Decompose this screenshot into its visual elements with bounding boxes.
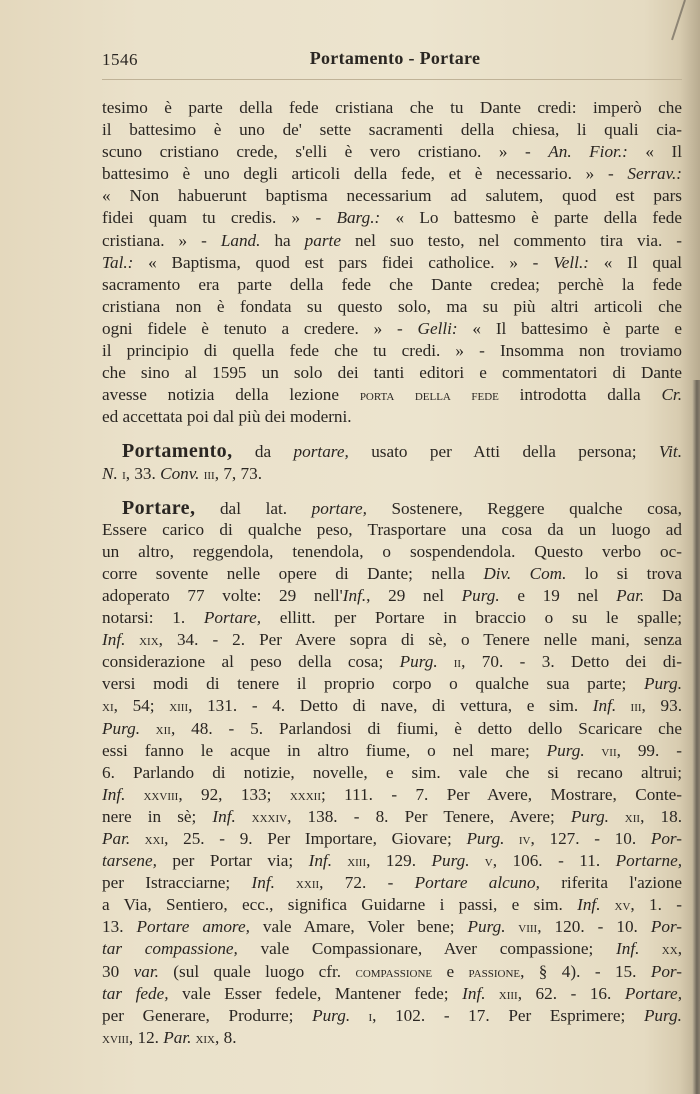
text-line: avesse notizia della lezione Porta della… [102,384,682,406]
text-line: xi, 54; xiii, 131. - 4. Detto di nave, d… [102,695,682,717]
text-line: ed accettata poi dal più dei moderni. [102,406,682,428]
text-line: xviii, 12. Par. xix, 8. [102,1027,682,1049]
text-line: fidei quam tu credis. » - Barg.: « Lo ba… [102,207,682,229]
text-line: Portare, dal lat. portare, Sostenere, Re… [102,497,682,519]
text-line: nere in sè; Inf. xxxiv, 138. - 8. Per Te… [102,806,682,828]
text-line: il battesimo è uno de' sette sacramenti … [102,119,682,141]
text-line: per Generare, Produrre; Purg. i, 102. - … [102,1005,682,1027]
text-line: sacramento era parte della fede che Dant… [102,274,682,296]
text-line: adoperato 77 volte: 29 nell'Inf., 29 nel… [102,585,682,607]
text-line: N. i, 33. Conv. iii, 7, 73. [102,463,682,485]
text-line: notarsi: 1. Portare, ellitt. per Portare… [102,607,682,629]
text-line: cristiana. » - Land. ha parte nel suo te… [102,230,682,252]
running-title: Portamento - Portare [102,48,688,69]
source-abbrev: An. Fior.: [548,142,628,161]
continuation-paragraph: tesimo è parte della fede cristiana che … [102,97,682,428]
text-line: tesimo è parte della fede cristiana che … [102,97,682,119]
page-body: tesimo è parte della fede cristiana che … [102,97,682,1049]
text-line: tar fede, vale Esser fedele, Mantener fe… [102,983,682,1005]
text-line: un altro, reggendola, tenendola, o sospe… [102,541,682,563]
text-line: « Non habuerunt baptisma necessarium ad … [102,185,682,207]
text-line: Essere carico di qualche peso, Trasporta… [102,519,682,541]
book-page: 1546 Portamento - Portare tesimo è parte… [0,0,700,1094]
text-line: che sino al 1595 un solo dei tanti edito… [102,362,682,384]
page-header: 1546 Portamento - Portare [102,48,688,78]
source-abbrev: Land. [221,231,261,250]
text-line: 6. Parlando di notizie, novelle, e sim. … [102,762,682,784]
text-line: a Via, Sentiero, ecc., significa Guidarn… [102,894,682,916]
text-line: Portamento, da portare, usato per Atti d… [102,440,682,462]
text-line: tar compassione, vale Compassionare, Ave… [102,938,682,960]
text-line: Tal.: « Baptisma, quod est pars fidei ca… [102,252,682,274]
text-line: Inf. xxviii, 92, 133; xxxii; 111. - 7. P… [102,784,682,806]
text-line: 13. Portare amore, vale Amare, Voler ben… [102,916,682,938]
text-line: 30 var. (sul quale luogo cfr. Compassion… [102,961,682,983]
text-line: ogni fidele è tenuto a credere. » - Gell… [102,318,682,340]
source-abbrev: Gelli: [418,319,458,338]
text-line: per Istracciarne; Inf. xxii, 72. - Porta… [102,872,682,894]
text-line: battesimo è uno degli articoli della fed… [102,163,682,185]
page-right-edge [692,380,700,1094]
text-line: essi fanno le acque in altro fiume, o ne… [102,740,682,762]
text-line: tarsene, per Portar via; Inf. xiii, 129.… [102,850,682,872]
headword: Portamento, [122,440,232,462]
text-line: considerazione al peso della cosa; Purg.… [102,651,682,673]
text-line: Inf. xix, 34. - 2. Per Avere sopra di sè… [102,629,682,651]
entry-portamento: Portamento, da portare, usato per Atti d… [102,440,682,484]
headword: Portare, [122,497,195,519]
source-abbrev: Serrav.: [627,164,682,183]
text-line: Purg. xii, 48. - 5. Parlandosi di fiumi,… [102,718,682,740]
text-line: Par. xxi, 25. - 9. Per Importare, Giovar… [102,828,682,850]
entry-portare: Portare, dal lat. portare, Sostenere, Re… [102,497,682,1049]
text-line: corre sovente nelle opere di Dante; nell… [102,563,682,585]
text-line: scuno cristiano crede, s'elli è vero cri… [102,141,682,163]
header-rule [102,79,682,80]
text-line: cristiana non è fondata su questo solo, … [102,296,682,318]
text-line: il principio di quella fede che tu credi… [102,340,682,362]
source-abbrev: Vell.: [553,253,589,272]
text-line: versi modi di tenere il proprio corpo o … [102,673,682,695]
page-corner-crease [671,0,686,40]
source-abbrev: Barg.: [336,208,380,227]
source-abbrev: Tal.: [102,253,133,272]
